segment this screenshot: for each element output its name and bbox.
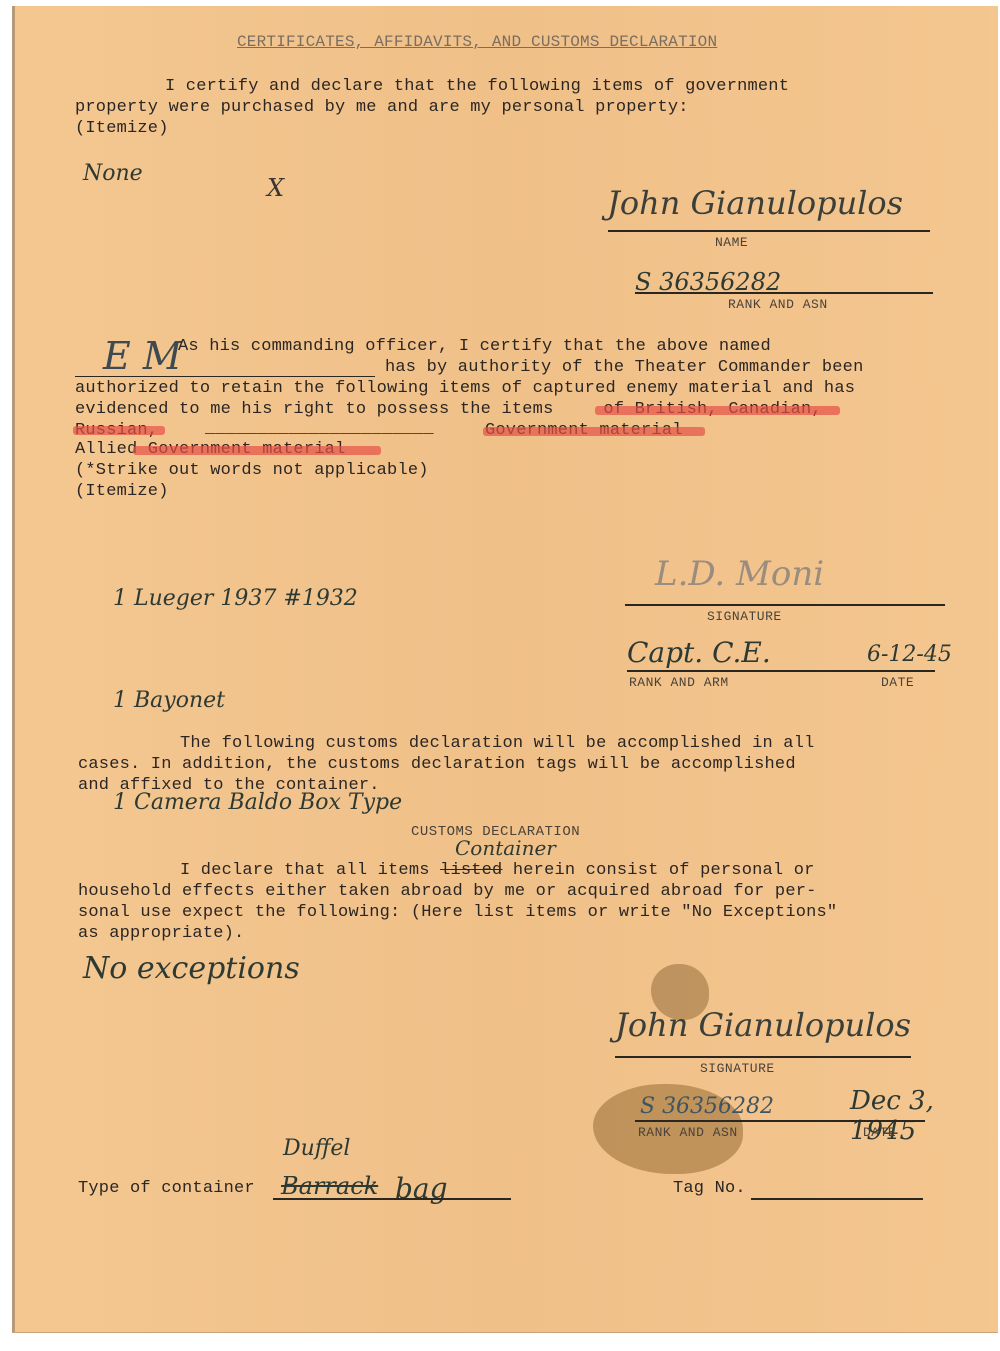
container-label: Type of container — [78, 1178, 255, 1199]
customs-signature-label: SIGNATURE — [700, 1058, 775, 1079]
tag-label: Tag No. — [673, 1178, 746, 1199]
section3-line1: The following customs declaration will b… — [180, 733, 815, 754]
section1-line2: property were purchased by me and are my… — [75, 97, 689, 118]
customs-line1: I declare that all items listed herein c… — [180, 860, 815, 881]
no-exceptions-handwritten: No exceptions — [83, 951, 300, 986]
tag-number-line[interactable] — [751, 1198, 923, 1200]
red-strikethrough-4 — [133, 446, 381, 455]
document-page: CERTIFICATES, AFFIDAVITS, AND CUSTOMS DE… — [12, 6, 998, 1332]
container-value: bag — [395, 1172, 448, 1205]
customs-line4: as appropriate). — [78, 923, 244, 944]
rank-asn-label: RANK AND ASN — [728, 294, 828, 315]
captured-item: 1 Bayonet — [113, 684, 402, 718]
strike-note: (*Strike out words not applicable) — [75, 460, 429, 481]
pencil-mark: X — [267, 174, 284, 202]
section1-line1: I certify and declare that the following… — [165, 76, 789, 97]
officer-signature-label: SIGNATURE — [707, 606, 782, 627]
rank-arm-value: Capt. C.E. — [627, 636, 771, 669]
customs-rank-asn-value: S 36356282 — [640, 1094, 774, 1119]
section3-line3: and affixed to the container. — [78, 775, 380, 796]
government-blank: ______________________ — [205, 418, 434, 439]
captured-items-list: 1 Lueger 1937 #1932 1 Bayonet 1 Camera B… — [113, 514, 402, 888]
red-strikethrough-2 — [73, 426, 165, 435]
container-insert-duffel: Duffel — [283, 1136, 350, 1161]
officer-date-label: DATE — [881, 672, 914, 693]
officer-signature: L.D. Moni — [655, 554, 824, 594]
name-signature: John Gianulopulos — [607, 184, 903, 222]
name-blank-line — [75, 376, 375, 377]
section2-line1: As his commanding officer, I certify tha… — [178, 336, 771, 357]
captured-item: 1 Lueger 1937 #1932 — [113, 582, 402, 616]
struck-listed: listed — [440, 861, 502, 880]
name-line — [608, 230, 930, 232]
customs-rank-asn-label: RANK AND ASN — [638, 1122, 738, 1143]
red-strikethrough-1 — [595, 406, 840, 415]
name-label: NAME — [715, 232, 748, 253]
customs-line2: household effects either taken abroad by… — [78, 881, 817, 902]
section2-itemize: (Itemize) — [75, 481, 169, 502]
section3-line2: cases. In addition, the customs declarat… — [78, 754, 796, 775]
section2-line3: authorized to retain the following items… — [75, 378, 855, 399]
section2-line2: has by authority of the Theater Commande… — [385, 357, 863, 378]
customs-signature: John Gianulopulos — [615, 1006, 911, 1044]
officer-date-value: 6-12-45 — [867, 642, 952, 667]
document-title: CERTIFICATES, AFFIDAVITS, AND CUSTOMS DE… — [237, 32, 717, 53]
red-strikethrough-3 — [483, 427, 705, 436]
container-struck-word: Barrack — [281, 1172, 378, 1200]
officer-signature-line — [625, 604, 945, 606]
customs-line3: sonal use expect the following: (Here li… — [78, 902, 837, 923]
officer-initials: E M — [103, 334, 182, 378]
rank-arm-label: RANK AND ARM — [629, 672, 729, 693]
container-insert: Container — [455, 836, 556, 860]
handwritten-none: None — [83, 161, 143, 186]
section2-line4: evidenced to me his right to possess the… — [75, 399, 553, 420]
customs-date-label: DATE — [863, 1122, 896, 1143]
section1-itemize: (Itemize) — [75, 118, 169, 139]
container-line — [273, 1198, 511, 1200]
